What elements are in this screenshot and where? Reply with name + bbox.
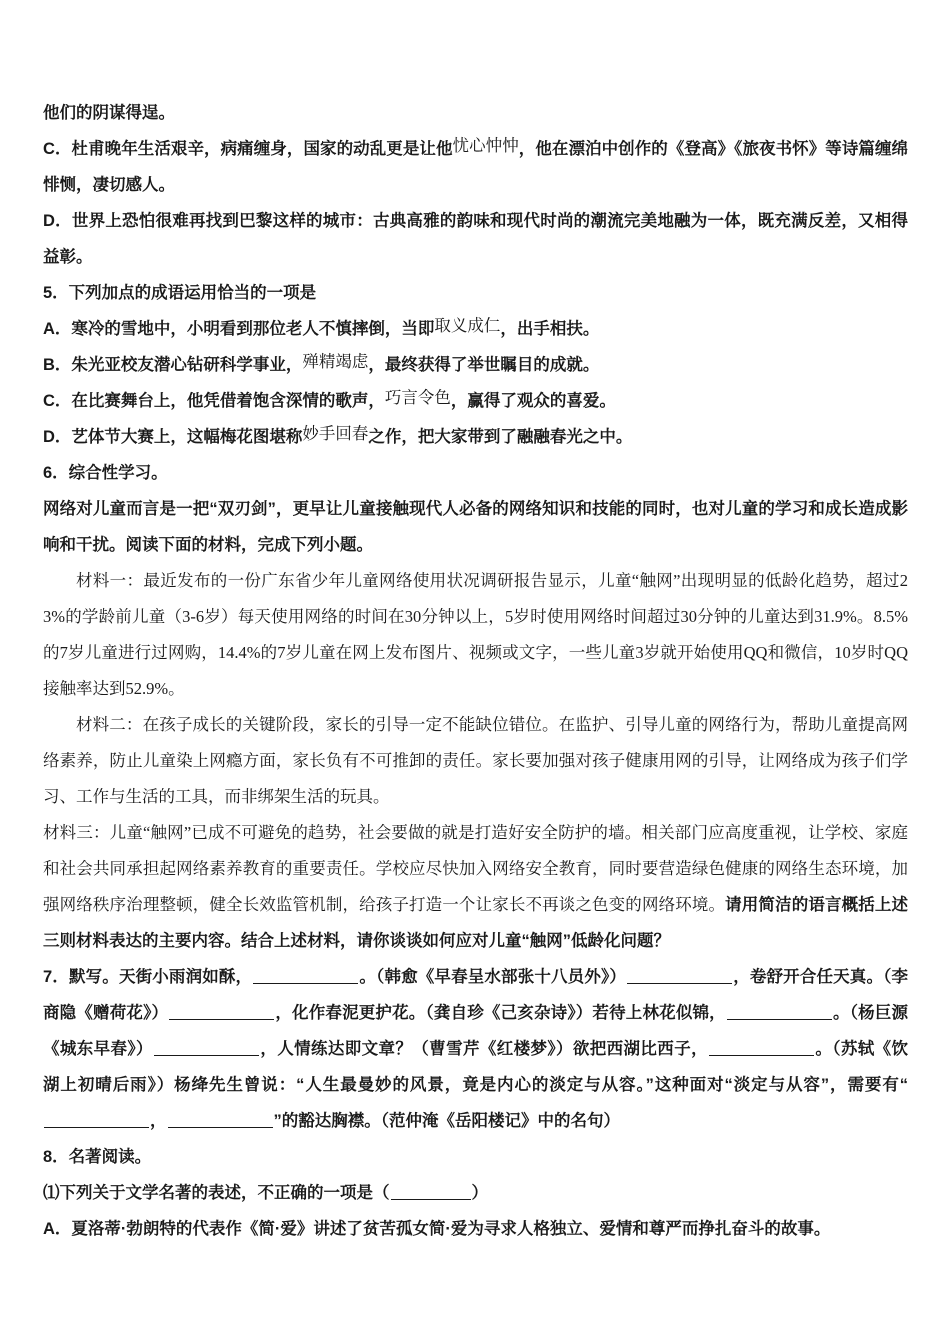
q8-stem: 8．名著阅读。	[43, 1139, 908, 1175]
answer-blank	[168, 1113, 273, 1128]
text-run: 8．名著阅读。	[43, 1148, 151, 1166]
text-run: 之作，把大家带到了融融春光之中。	[368, 428, 632, 446]
text-run: D．艺体节大赛上，这幅梅花图堪称	[43, 428, 302, 446]
text-run: ，赢得了观众的喜爱。	[451, 392, 616, 410]
answer-blank	[391, 1185, 471, 1200]
text-run: B．朱光亚校友潜心钻研科学事业，	[43, 356, 302, 374]
text-run: 材料一：最近发布的一份广东省少年儿童网络使用状况调研报告显示，儿童“触网”出现明…	[43, 571, 908, 698]
text-run: A．夏洛蒂·勃朗特的代表作《简·爱》讲述了贫苦孤女简·爱为寻求人格独立、爱情和尊…	[43, 1220, 830, 1238]
text-run: ）	[472, 1184, 489, 1202]
answer-blank	[154, 1041, 259, 1056]
q5-option-a: A．寒冷的雪地中，小明看到那位老人不慎摔倒，当即取义成仁，出手相扶。	[43, 311, 908, 347]
q6-intro: 网络对儿童而言是一把“双刃剑”，更早让儿童接触现代人必备的网络知识和技能的同时，…	[43, 491, 908, 563]
q6-material-3: 材料三：儿童“触网”已成不可避免的趋势，社会要做的就是打造好安全防护的墙。相关部…	[43, 815, 908, 959]
text-run: 他们的阴谋得逞。	[43, 104, 175, 122]
text-run: ”的豁达胸襟。（范仲淹《岳阳楼记》中的名句）	[274, 1112, 621, 1130]
document-body: 他们的阴谋得逞。C．杜甫晚年生活艰辛，病痛缠身，国家的动乱更是让他忧心忡忡，他在…	[43, 95, 908, 1247]
text-run: 7．默写。天街小雨润如酥，	[43, 968, 252, 986]
text-run: C．在比赛舞台上，他凭借着饱含深情的歌声，	[43, 392, 385, 410]
answer-blank	[727, 1005, 832, 1020]
q4-option-b-tail: 他们的阴谋得逞。	[43, 95, 908, 131]
answer-blank	[709, 1041, 814, 1056]
q6-material-1: 材料一：最近发布的一份广东省少年儿童网络使用状况调研报告显示，儿童“触网”出现明…	[43, 563, 908, 707]
text-run: C．杜甫晚年生活艰辛，病痛缠身，国家的动乱更是让他	[43, 140, 453, 158]
text-run: 网络对儿童而言是一把“双刃剑”，更早让儿童接触现代人必备的网络知识和技能的同时，…	[43, 500, 908, 554]
q4-option-c: C．杜甫晚年生活艰辛，病痛缠身，国家的动乱更是让他忧心忡忡，他在漂泊中创作的《登…	[43, 131, 908, 203]
q6-material-2: 材料二：在孩子成长的关键阶段，家长的引导一定不能缺位错位。在监护、引导儿童的网络…	[43, 707, 908, 815]
exam-document-page: 他们的阴谋得逞。C．杜甫晚年生活艰辛，病痛缠身，国家的动乱更是让他忧心忡忡，他在…	[0, 0, 950, 1344]
text-run: ⑴下列关于文学名著的表述，不正确的一项是（	[43, 1184, 390, 1202]
emphasized-idiom: 殚精竭虑	[302, 353, 368, 371]
text-run: 6．综合性学习。	[43, 464, 168, 482]
emphasized-idiom: 忧心忡忡	[453, 137, 519, 155]
q5-option-b: B．朱光亚校友潜心钻研科学事业，殚精竭虑，最终获得了举世瞩目的成就。	[43, 347, 908, 383]
q5-option-d: D．艺体节大赛上，这幅梅花图堪称妙手回春之作，把大家带到了融融春光之中。	[43, 419, 908, 455]
q7-dictation: 7．默写。天街小雨润如酥，。（韩愈《早春呈水部张十八员外》），卷舒开合任天真。（…	[43, 959, 908, 1139]
text-run: ，最终获得了举世瞩目的成就。	[368, 356, 599, 374]
text-run: 5．下列加点的成语运用恰当的一项是	[43, 284, 316, 302]
answer-blank	[44, 1113, 149, 1128]
q8-sub-1: ⑴下列关于文学名著的表述，不正确的一项是（）	[43, 1175, 908, 1211]
q5-option-c: C．在比赛舞台上，他凭借着饱含深情的歌声，巧言令色，赢得了观众的喜爱。	[43, 383, 908, 419]
emphasized-idiom: 妙手回春	[302, 425, 368, 443]
answer-blank	[169, 1005, 274, 1020]
text-run: A．寒冷的雪地中，小明看到那位老人不慎摔倒，当即	[43, 320, 434, 338]
q6-stem: 6．综合性学习。	[43, 455, 908, 491]
text-run: ，化作春泥更护花。（龚自珍《己亥杂诗》）若待上林花似锦，	[275, 1004, 726, 1022]
text-run: ，人情练达即文章？（曹雪芹《红楼梦》）欲把西湖比西子，	[260, 1040, 708, 1058]
text-run: 材料二：在孩子成长的关键阶段，家长的引导一定不能缺位错位。在监护、引导儿童的网络…	[43, 715, 908, 806]
emphasized-idiom: 取义成仁	[434, 317, 500, 335]
q4-option-d: D．世界上恐怕很难再找到巴黎这样的城市：古典高雅的韵味和现代时尚的潮流完美地融为…	[43, 203, 908, 275]
answer-blank	[627, 969, 732, 984]
q5-stem: 5．下列加点的成语运用恰当的一项是	[43, 275, 908, 311]
text-run: ，	[150, 1112, 167, 1130]
emphasized-idiom: 巧言令色	[385, 389, 451, 407]
text-run: 。（韩愈《早春呈水部张十八员外》）	[359, 968, 626, 986]
answer-blank	[253, 969, 358, 984]
q8-option-a: A．夏洛蒂·勃朗特的代表作《简·爱》讲述了贫苦孤女简·爱为寻求人格独立、爱情和尊…	[43, 1211, 908, 1247]
text-run: D．世界上恐怕很难再找到巴黎这样的城市：古典高雅的韵味和现代时尚的潮流完美地融为…	[43, 212, 908, 266]
text-run: ，出手相扶。	[500, 320, 599, 338]
